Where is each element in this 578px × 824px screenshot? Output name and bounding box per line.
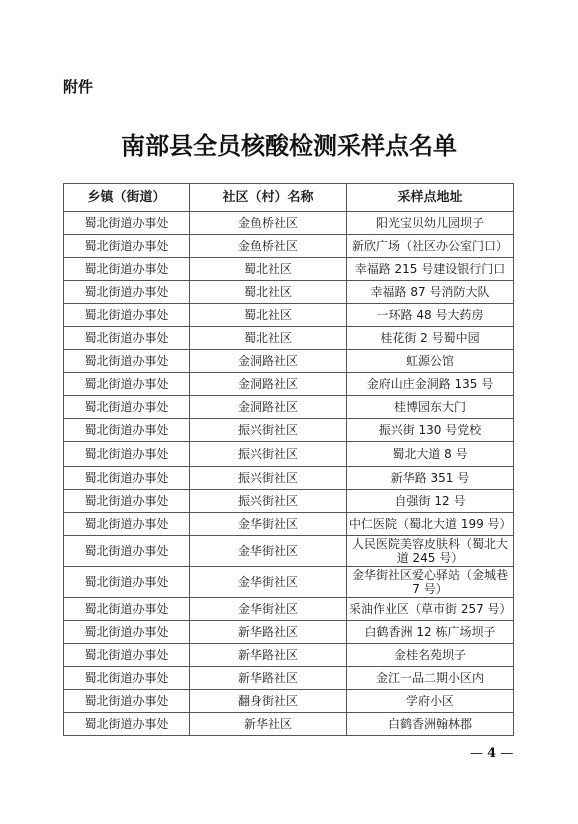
cell-community: 金洞路社区 — [190, 350, 347, 373]
cell-town: 蜀北街道办事处 — [64, 258, 190, 281]
table-row: 蜀北街道办事处新华路社区白鹤香洲 12 栋广场坝子 — [64, 621, 514, 644]
cell-community: 金洞路社区 — [190, 373, 347, 396]
cell-community: 新华路社区 — [190, 621, 347, 644]
cell-town: 蜀北街道办事处 — [64, 212, 190, 235]
cell-community: 蜀北社区 — [190, 327, 347, 350]
table-row: 蜀北街道办事处金洞路社区虹源公馆 — [64, 350, 514, 373]
cell-town: 蜀北街道办事处 — [64, 419, 190, 442]
table-row: 蜀北街道办事处蜀北社区幸福路 215 号建设银行门口 — [64, 258, 514, 281]
table-row: 蜀北街道办事处振兴街社区新华路 351 号 — [64, 467, 514, 490]
table-row: 蜀北街道办事处蜀北社区桂花街 2 号蜀中园 — [64, 327, 514, 350]
cell-address: 自强街 12 号 — [347, 490, 514, 513]
cell-town: 蜀北街道办事处 — [64, 713, 190, 736]
cell-address: 桂花街 2 号蜀中园 — [347, 327, 514, 350]
table-row: 蜀北街道办事处新华路社区金江一品二期小区内 — [64, 667, 514, 690]
cell-address: 中仁医院（蜀北大道 199 号） — [347, 513, 514, 536]
document-title: 南部县全员核酸检测采样点名单 — [0, 126, 578, 161]
column-header-town: 乡镇（街道） — [64, 184, 190, 212]
cell-town: 蜀北街道办事处 — [64, 350, 190, 373]
cell-community: 振兴街社区 — [190, 419, 347, 442]
cell-address: 新欣广场（社区办公室门口） — [347, 235, 514, 258]
cell-town: 蜀北街道办事处 — [64, 536, 190, 567]
cell-community: 新华社区 — [190, 713, 347, 736]
cell-address: 白鹤香洲翰林郡 — [347, 713, 514, 736]
cell-community: 振兴街社区 — [190, 490, 347, 513]
cell-town: 蜀北街道办事处 — [64, 396, 190, 419]
cell-community: 金华街社区 — [190, 567, 347, 598]
cell-town: 蜀北街道办事处 — [64, 304, 190, 327]
table-row: 蜀北街道办事处翻身街社区学府小区 — [64, 690, 514, 713]
cell-address: 金桂名苑坝子 — [347, 644, 514, 667]
cell-town: 蜀北街道办事处 — [64, 513, 190, 536]
page-number: — 4 — — [470, 746, 513, 761]
cell-address: 幸福路 215 号建设银行门口 — [347, 258, 514, 281]
table-row: 蜀北街道办事处金洞路社区金府山庄金洞路 135 号 — [64, 373, 514, 396]
table-row: 蜀北街道办事处金华街社区中仁医院（蜀北大道 199 号） — [64, 513, 514, 536]
cell-town: 蜀北街道办事处 — [64, 442, 190, 467]
cell-address: 一环路 48 号大药房 — [347, 304, 514, 327]
column-header-address: 采样点地址 — [347, 184, 514, 212]
cell-town: 蜀北街道办事处 — [64, 621, 190, 644]
table-row: 蜀北街道办事处振兴街社区蜀北大道 8 号 — [64, 442, 514, 467]
table-row: 蜀北街道办事处新华路社区金桂名苑坝子 — [64, 644, 514, 667]
cell-community: 蜀北社区 — [190, 258, 347, 281]
cell-address: 金华街社区爱心驿站（金城巷 7 号） — [347, 567, 514, 598]
cell-address: 振兴街 130 号党校 — [347, 419, 514, 442]
cell-town: 蜀北街道办事处 — [64, 690, 190, 713]
cell-community: 金鱼桥社区 — [190, 235, 347, 258]
table-row: 蜀北街道办事处金洞路社区桂博园东大门 — [64, 396, 514, 419]
cell-town: 蜀北街道办事处 — [64, 567, 190, 598]
table-row: 蜀北街道办事处金鱼桥社区阳光宝贝幼儿园坝子 — [64, 212, 514, 235]
cell-community: 振兴街社区 — [190, 442, 347, 467]
cell-community: 金洞路社区 — [190, 396, 347, 419]
cell-address: 虹源公馆 — [347, 350, 514, 373]
table-row: 蜀北街道办事处振兴街社区自强街 12 号 — [64, 490, 514, 513]
cell-community: 金华街社区 — [190, 513, 347, 536]
cell-address: 蜀北大道 8 号 — [347, 442, 514, 467]
page-number-dash-left: — — [470, 746, 483, 761]
cell-address: 幸福路 87 号消防大队 — [347, 281, 514, 304]
table-header-row: 乡镇（街道） 社区（村）名称 采样点地址 — [64, 184, 514, 212]
table-row: 蜀北街道办事处蜀北社区幸福路 87 号消防大队 — [64, 281, 514, 304]
cell-town: 蜀北街道办事处 — [64, 644, 190, 667]
cell-town: 蜀北街道办事处 — [64, 281, 190, 304]
cell-community: 翻身街社区 — [190, 690, 347, 713]
cell-town: 蜀北街道办事处 — [64, 490, 190, 513]
cell-address: 金江一品二期小区内 — [347, 667, 514, 690]
cell-address: 新华路 351 号 — [347, 467, 514, 490]
cell-community: 金华街社区 — [190, 598, 347, 621]
table-row: 蜀北街道办事处蜀北社区一环路 48 号大药房 — [64, 304, 514, 327]
cell-town: 蜀北街道办事处 — [64, 598, 190, 621]
cell-address: 金府山庄金洞路 135 号 — [347, 373, 514, 396]
cell-town: 蜀北街道办事处 — [64, 667, 190, 690]
table-row: 蜀北街道办事处振兴街社区振兴街 130 号党校 — [64, 419, 514, 442]
cell-community: 金鱼桥社区 — [190, 212, 347, 235]
column-header-community: 社区（村）名称 — [190, 184, 347, 212]
cell-address: 桂博园东大门 — [347, 396, 514, 419]
cell-address: 采油作业区（草市街 257 号） — [347, 598, 514, 621]
cell-community: 新华路社区 — [190, 644, 347, 667]
table-row: 蜀北街道办事处金鱼桥社区新欣广场（社区办公室门口） — [64, 235, 514, 258]
page-number-value: 4 — [487, 746, 496, 761]
table-row: 蜀北街道办事处金华街社区人民医院美容皮肤科（蜀北大道 245 号） — [64, 536, 514, 567]
cell-address: 白鹤香洲 12 栋广场坝子 — [347, 621, 514, 644]
cell-community: 蜀北社区 — [190, 281, 347, 304]
page-number-dash-right: — — [500, 746, 513, 761]
cell-address: 阳光宝贝幼儿园坝子 — [347, 212, 514, 235]
cell-community: 金华街社区 — [190, 536, 347, 567]
cell-address: 学府小区 — [347, 690, 514, 713]
sampling-sites-table: 乡镇（街道） 社区（村）名称 采样点地址 蜀北街道办事处金鱼桥社区阳光宝贝幼儿园… — [63, 183, 514, 736]
attachment-label: 附件 — [63, 76, 93, 97]
cell-address: 人民医院美容皮肤科（蜀北大道 245 号） — [347, 536, 514, 567]
cell-town: 蜀北街道办事处 — [64, 235, 190, 258]
cell-community: 新华路社区 — [190, 667, 347, 690]
table-row: 蜀北街道办事处金华街社区采油作业区（草市街 257 号） — [64, 598, 514, 621]
cell-town: 蜀北街道办事处 — [64, 373, 190, 396]
cell-town: 蜀北街道办事处 — [64, 467, 190, 490]
table-row: 蜀北街道办事处金华街社区金华街社区爱心驿站（金城巷 7 号） — [64, 567, 514, 598]
cell-community: 振兴街社区 — [190, 467, 347, 490]
table-row: 蜀北街道办事处新华社区白鹤香洲翰林郡 — [64, 713, 514, 736]
cell-town: 蜀北街道办事处 — [64, 327, 190, 350]
cell-community: 蜀北社区 — [190, 304, 347, 327]
